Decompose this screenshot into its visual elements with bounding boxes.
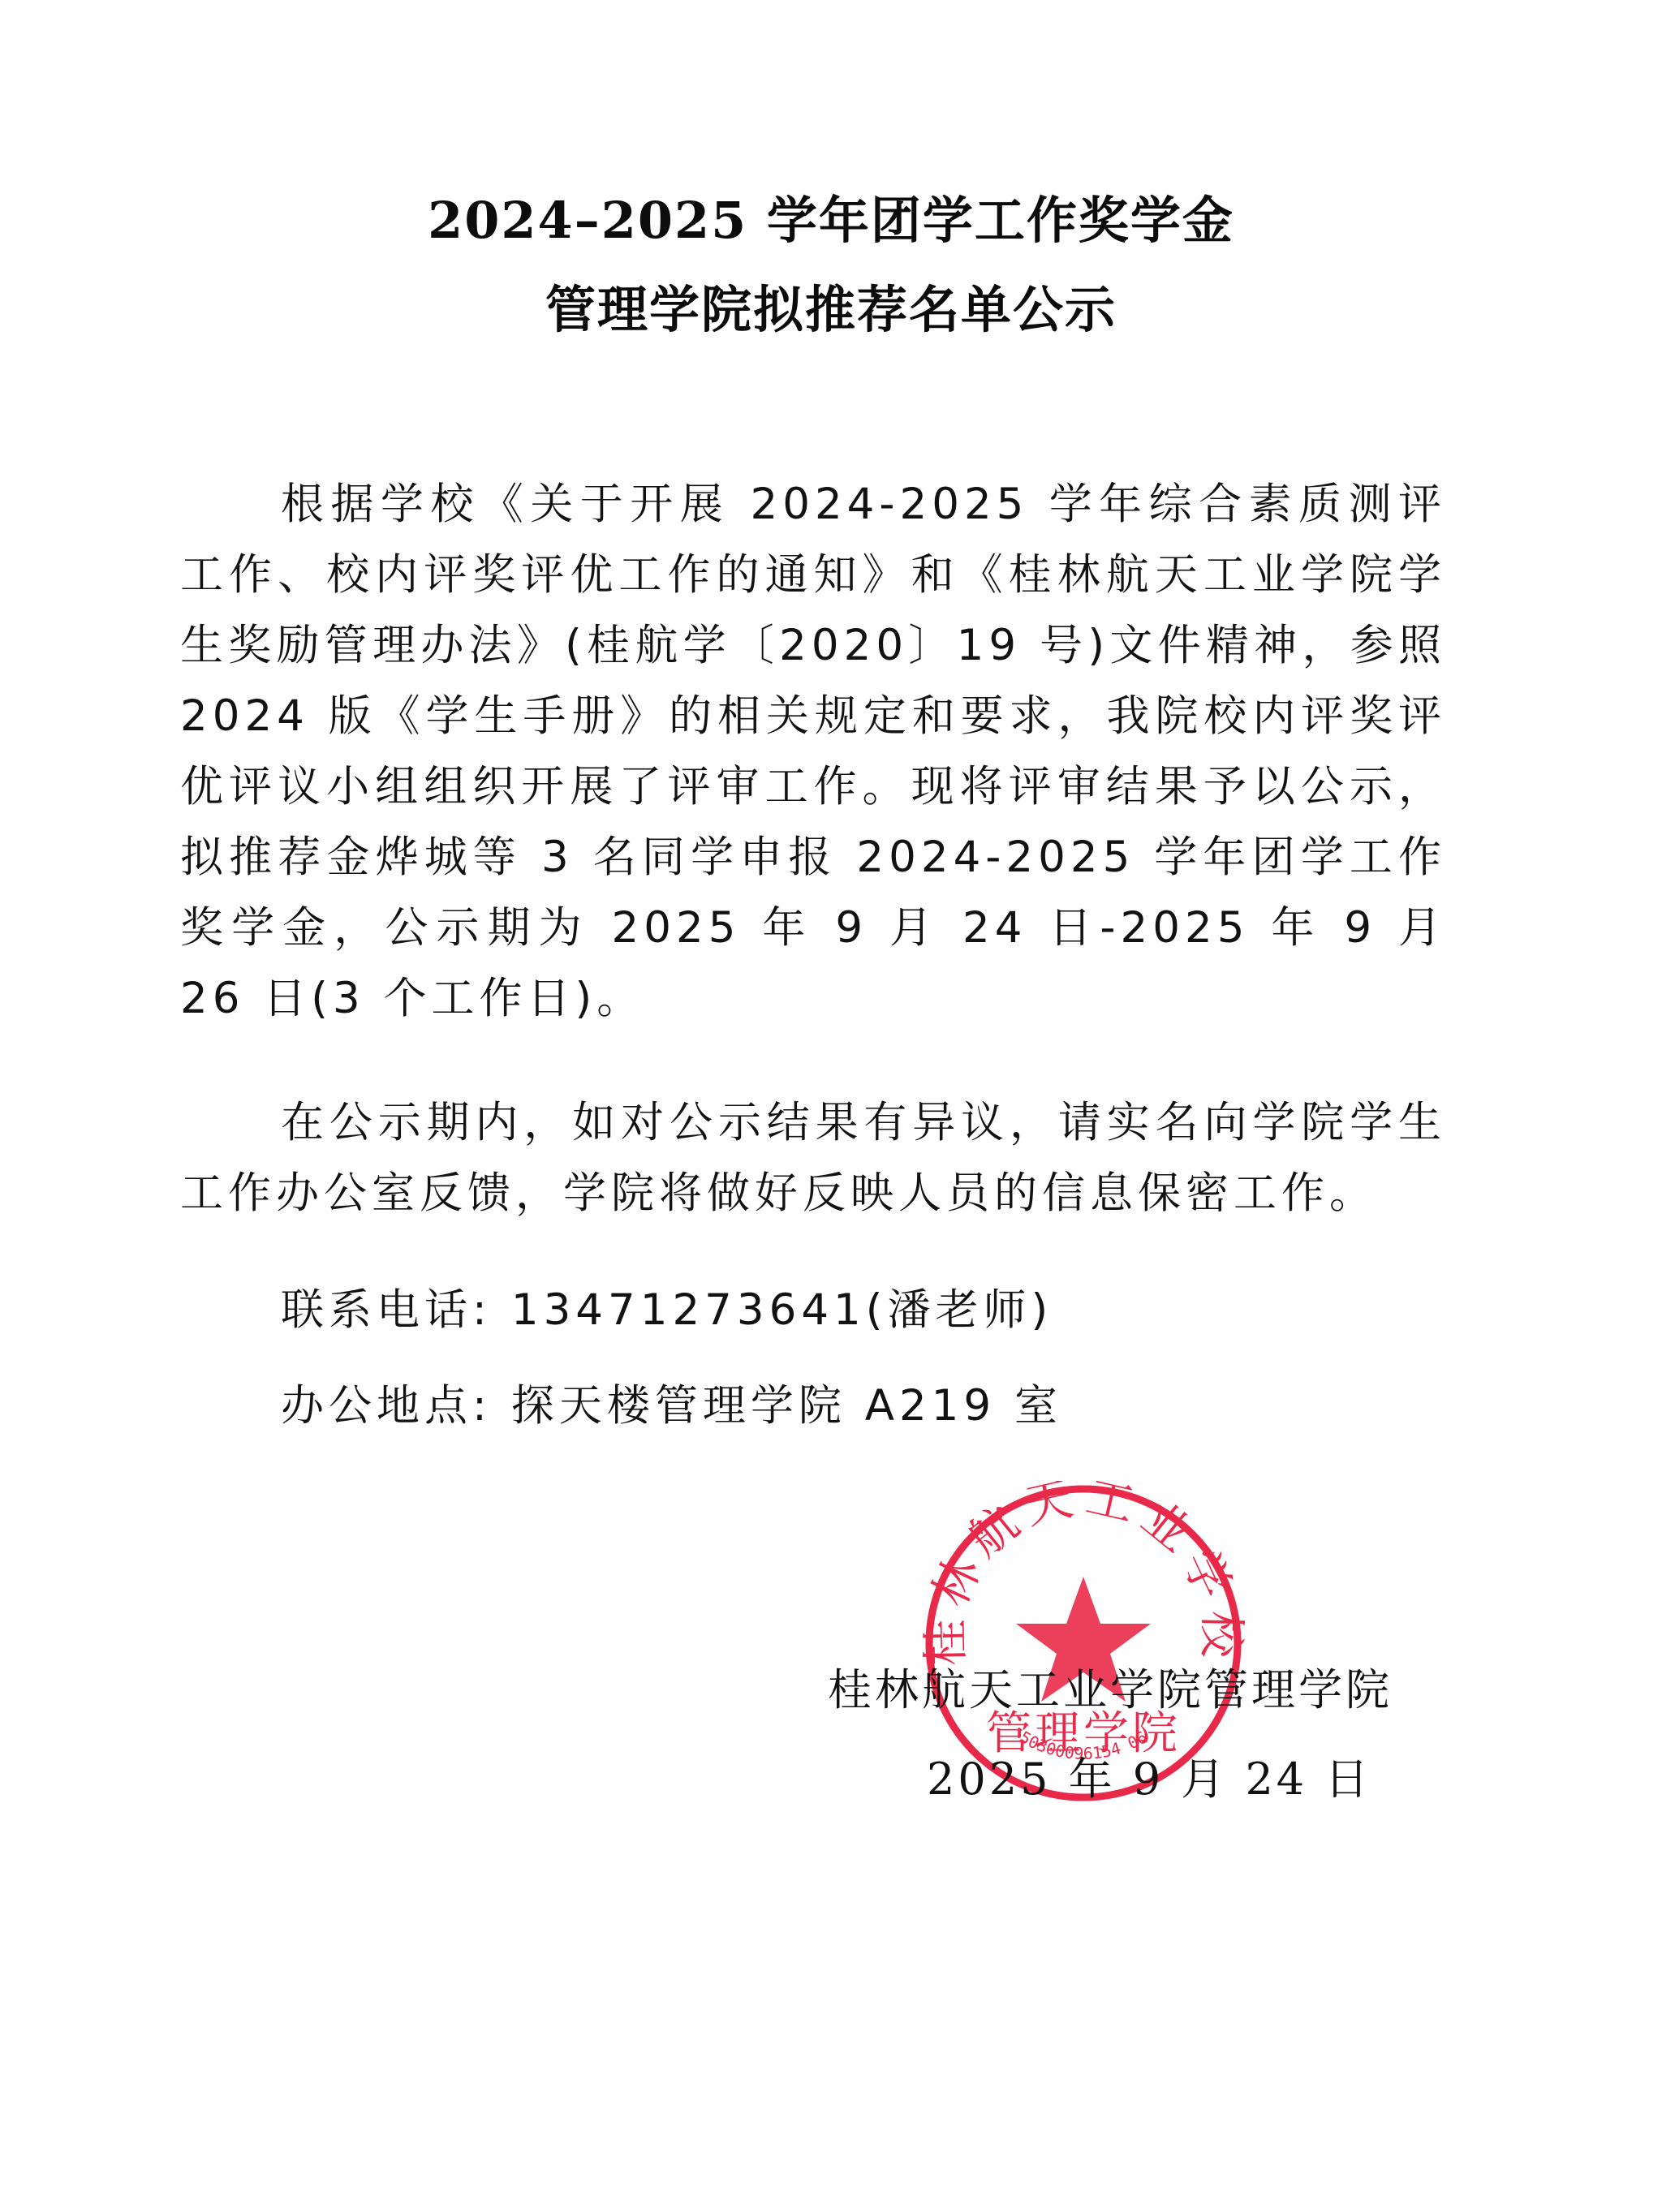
address-value: 探天楼管理学院 A219 室 (511, 1381, 1062, 1431)
signature-organization: 桂林航天工业学院管理学院 (828, 1655, 1393, 1718)
contact-phone: 联系电话:13471273641(潘老师) (281, 1276, 1053, 1337)
paragraph-text: 根据学校《关于开展 2024-2025 学年综合素质测评工作、校内评奖评优工作的… (180, 469, 1446, 1034)
document-page: 2024–2025 学年团学工作奖学金 管理学院拟推荐名单公示 根据学校《关于开… (0, 0, 1662, 2212)
body-paragraph-1: 根据学校《关于开展 2024-2025 学年综合素质测评工作、校内评奖评优工作的… (180, 469, 1446, 1034)
contact-address: 办公地点:探天楼管理学院 A219 室 (281, 1371, 1062, 1433)
signature-date: 2025 年 9 月 24 日 (927, 1745, 1371, 1807)
phone-value: 13471273641(潘老师) (511, 1285, 1053, 1335)
body-paragraph-2: 在公示期内，如对公示结果有异议，请实名向学院学生工作办公室反馈，学院将做好反映人… (180, 1087, 1446, 1229)
address-label: 办公地点: (281, 1381, 492, 1431)
document-title-line2: 管理学院拟推荐名单公示 (0, 269, 1662, 342)
document-title-line1: 2024–2025 学年团学工作奖学金 (0, 180, 1662, 252)
paragraph-text: 在公示期内，如对公示结果有异议，请实名向学院学生工作办公室反馈，学院将做好反映人… (180, 1087, 1446, 1229)
phone-label: 联系电话: (281, 1285, 492, 1335)
